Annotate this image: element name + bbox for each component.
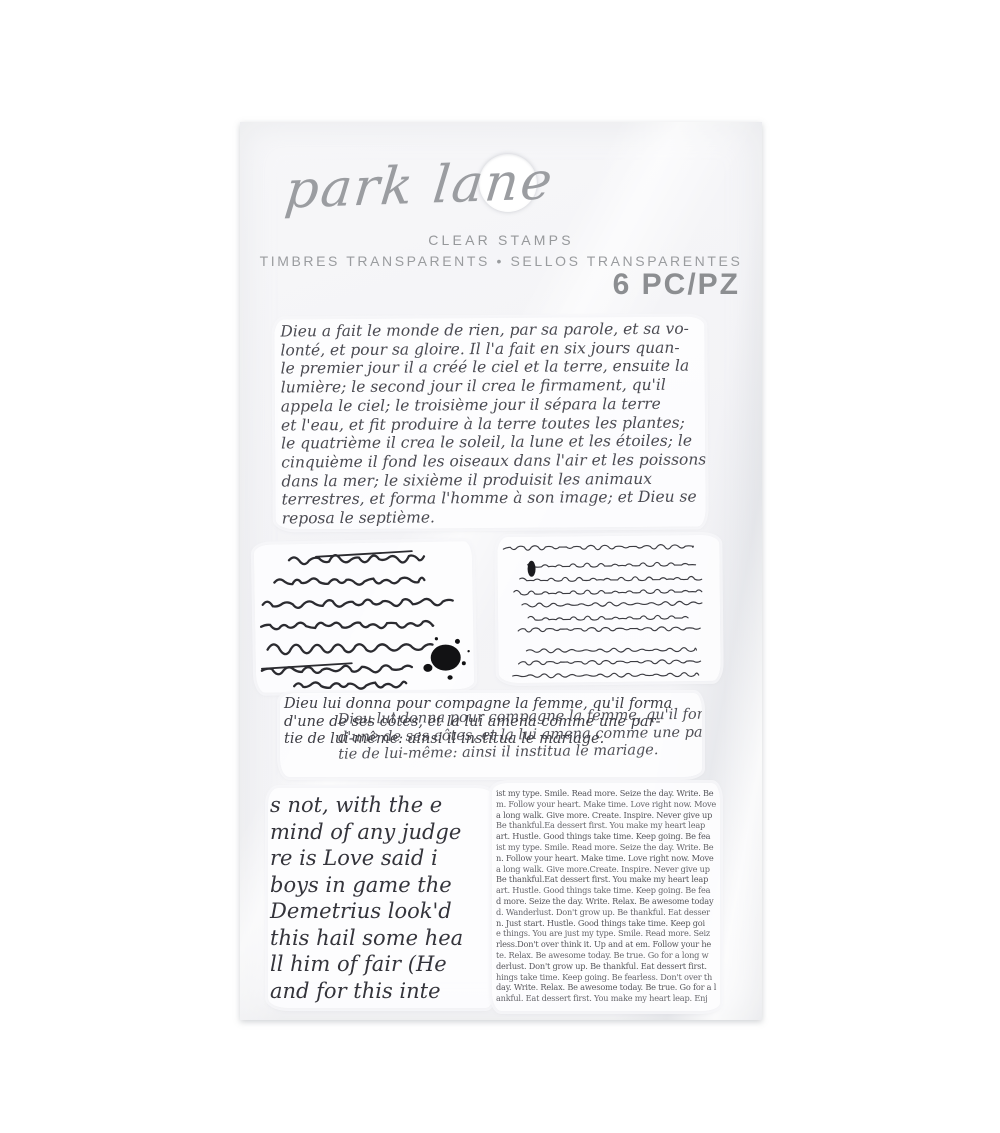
stamp-bold-scribble <box>254 541 475 693</box>
text-line: day. Write. Relax. Be awesome today. Be … <box>496 982 716 993</box>
text-line: rless.Don't over think it. Up and at em.… <box>496 939 716 950</box>
text-line: cinquième il fond les oiseaux dans l'air… <box>281 450 705 472</box>
text-line: mind of any judge <box>270 819 494 846</box>
ink-blob <box>430 644 460 671</box>
scrawl-stroke <box>503 544 693 551</box>
stamp-large-script-fragment: s not, with the emind of any judgere is … <box>268 788 494 1008</box>
scrawl-stroke <box>261 620 433 630</box>
scrawl-stroke <box>528 562 696 568</box>
text-line: Be thankful.Eat dessert first. You make … <box>496 874 716 885</box>
piece-count: 6 PC/PZ <box>613 268 740 302</box>
text-line: ll him of fair (He <box>270 951 494 978</box>
brand-logo: park lane <box>282 151 557 220</box>
text-line: n. Follow your heart. Make time. Love ri… <box>496 853 716 864</box>
text-line: n. Just start. Hustle. Good things take … <box>496 918 716 929</box>
stamp-french-creation: Dieu a fait le monde de rien, par sa par… <box>274 317 705 530</box>
text-line: Dieu a fait le monde de rien, par sa par… <box>280 320 704 342</box>
scrawl-stroke <box>263 598 453 608</box>
scrawl-stroke <box>522 601 702 607</box>
scrawl-stroke <box>294 681 406 690</box>
text-line: art. Hustle. Good things take time. Keep… <box>496 831 716 842</box>
ink-blob <box>527 561 535 577</box>
stamp-package: park lane CLEAR STAMPS TIMBRES TRANSPARE… <box>240 122 762 1020</box>
text-line: and for this inte <box>270 978 494 1005</box>
product-title: CLEAR STAMPS <box>240 232 762 248</box>
overprint-layer-ghost: Dieu lui donna pour compagne la femme, q… <box>338 706 702 764</box>
ink-blob <box>467 650 469 652</box>
text-line: s not, with the e <box>270 792 494 819</box>
ink-blob <box>423 664 432 672</box>
stamp-french-marriage-overprint: Dieu lui donna pour compagne la femme, q… <box>280 693 702 777</box>
text-line: d. Wanderlust. Don't grow up. Be thankfu… <box>496 907 716 918</box>
scrawl-stroke <box>520 576 702 582</box>
text-line: terrestres, et forma l'homme à son image… <box>281 488 705 510</box>
scribble-handwriting-drawing <box>254 541 475 693</box>
scrawl-handwriting-drawing <box>497 535 721 683</box>
text-line: re is Love said i <box>270 845 494 872</box>
stamp-typed-motivational-text: ist my type. Smile. Read more. Seize the… <box>492 783 720 1011</box>
text-line: ankful. Eat dessert first. You make my h… <box>496 993 716 1004</box>
scrawl-stroke <box>519 659 701 665</box>
product-photo: park lane CLEAR STAMPS TIMBRES TRANSPARE… <box>0 0 1000 1133</box>
text-line: hings take time. Keep going. Be fearless… <box>496 972 716 983</box>
scrawl-stroke <box>518 626 700 632</box>
stamp-fine-scrawl <box>497 535 721 683</box>
ink-blob <box>455 639 460 644</box>
scrawl-stroke <box>267 642 432 655</box>
scrawl-stroke <box>262 665 412 675</box>
scrawl-stroke <box>514 589 702 596</box>
text-line: a long walk. Give more. Create. Inspire.… <box>496 810 716 821</box>
text-line: boys in game the <box>270 872 494 899</box>
text-line: d more. Seize the day. Write. Relax. Be … <box>496 896 716 907</box>
text-line: ist my type. Smile. Read more. Seize the… <box>496 788 716 799</box>
text-line: ist my type. Smile. Read more. Seize the… <box>496 842 716 853</box>
text-line: appela le ciel; le troisième jour il sép… <box>281 394 705 416</box>
text-line: e things. You are just my type. Smile. R… <box>496 928 716 939</box>
scrawl-stroke <box>513 672 699 678</box>
ink-blob <box>447 675 452 679</box>
scrawl-stroke <box>316 551 412 557</box>
text-line: te. Relax. Be awesome today. Be true. Go… <box>496 950 716 961</box>
ink-blob <box>462 661 466 665</box>
text-line: a long walk. Give more.Create. Inspire. … <box>496 864 716 875</box>
text-line: Be thankful.Ea dessert first. You make m… <box>496 820 716 831</box>
product-subtitle: TIMBRES TRANSPARENTS • SELLOS TRANSPAREN… <box>240 253 762 269</box>
text-line: this hail some hea <box>270 925 494 952</box>
scrawl-stroke <box>528 615 688 621</box>
text-line: derlust. Don't grow up. Be thankful. Eat… <box>496 961 716 972</box>
scrawl-stroke <box>526 647 696 653</box>
scrawl-stroke <box>274 576 424 586</box>
ink-blob <box>435 637 438 640</box>
text-line: reposa le septième. <box>282 507 706 529</box>
text-line: art. Hustle. Good things take time. Keep… <box>496 885 716 896</box>
text-line: Demetrius look'd <box>270 898 494 925</box>
text-line: m. Follow your heart. Make time. Love ri… <box>496 799 716 810</box>
